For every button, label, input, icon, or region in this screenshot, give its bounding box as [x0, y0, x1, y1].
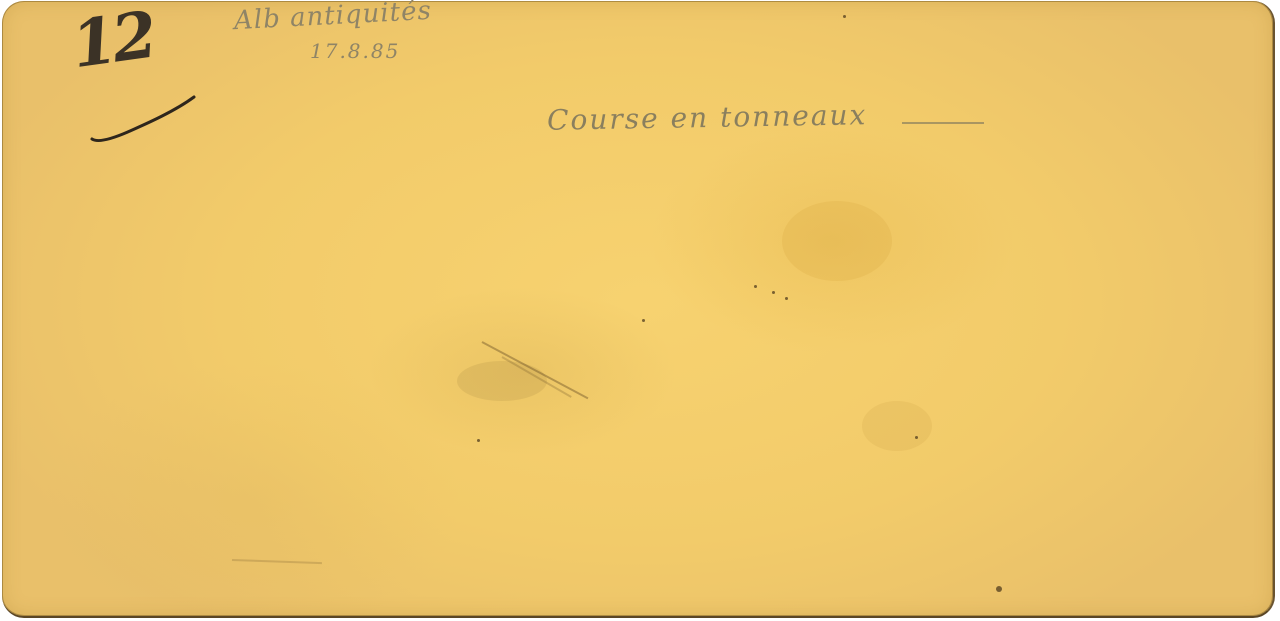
stain [457, 361, 547, 401]
speck [642, 319, 645, 322]
caption-flourish [902, 122, 984, 124]
stain [782, 201, 892, 281]
scratch-mark [482, 341, 589, 399]
scratch-mark [502, 356, 572, 398]
stain [862, 401, 932, 451]
scratch-mark [232, 559, 322, 564]
speck [785, 297, 788, 300]
speck [915, 436, 918, 439]
ink-dash-mark [90, 93, 198, 143]
handwritten-date: 17.8.85 [310, 39, 400, 63]
speck [996, 586, 1002, 592]
speck [754, 285, 757, 288]
stereoview-card-back: 12 Alb antiquités 17.8.85 Course en tonn… [2, 1, 1275, 618]
handwritten-number: 12 [67, 0, 158, 83]
speck [843, 15, 846, 18]
speck [772, 291, 775, 294]
handwritten-caption: Course en tonneaux [547, 98, 868, 137]
speck [477, 439, 480, 442]
dealer-note: Alb antiquités [233, 0, 432, 36]
